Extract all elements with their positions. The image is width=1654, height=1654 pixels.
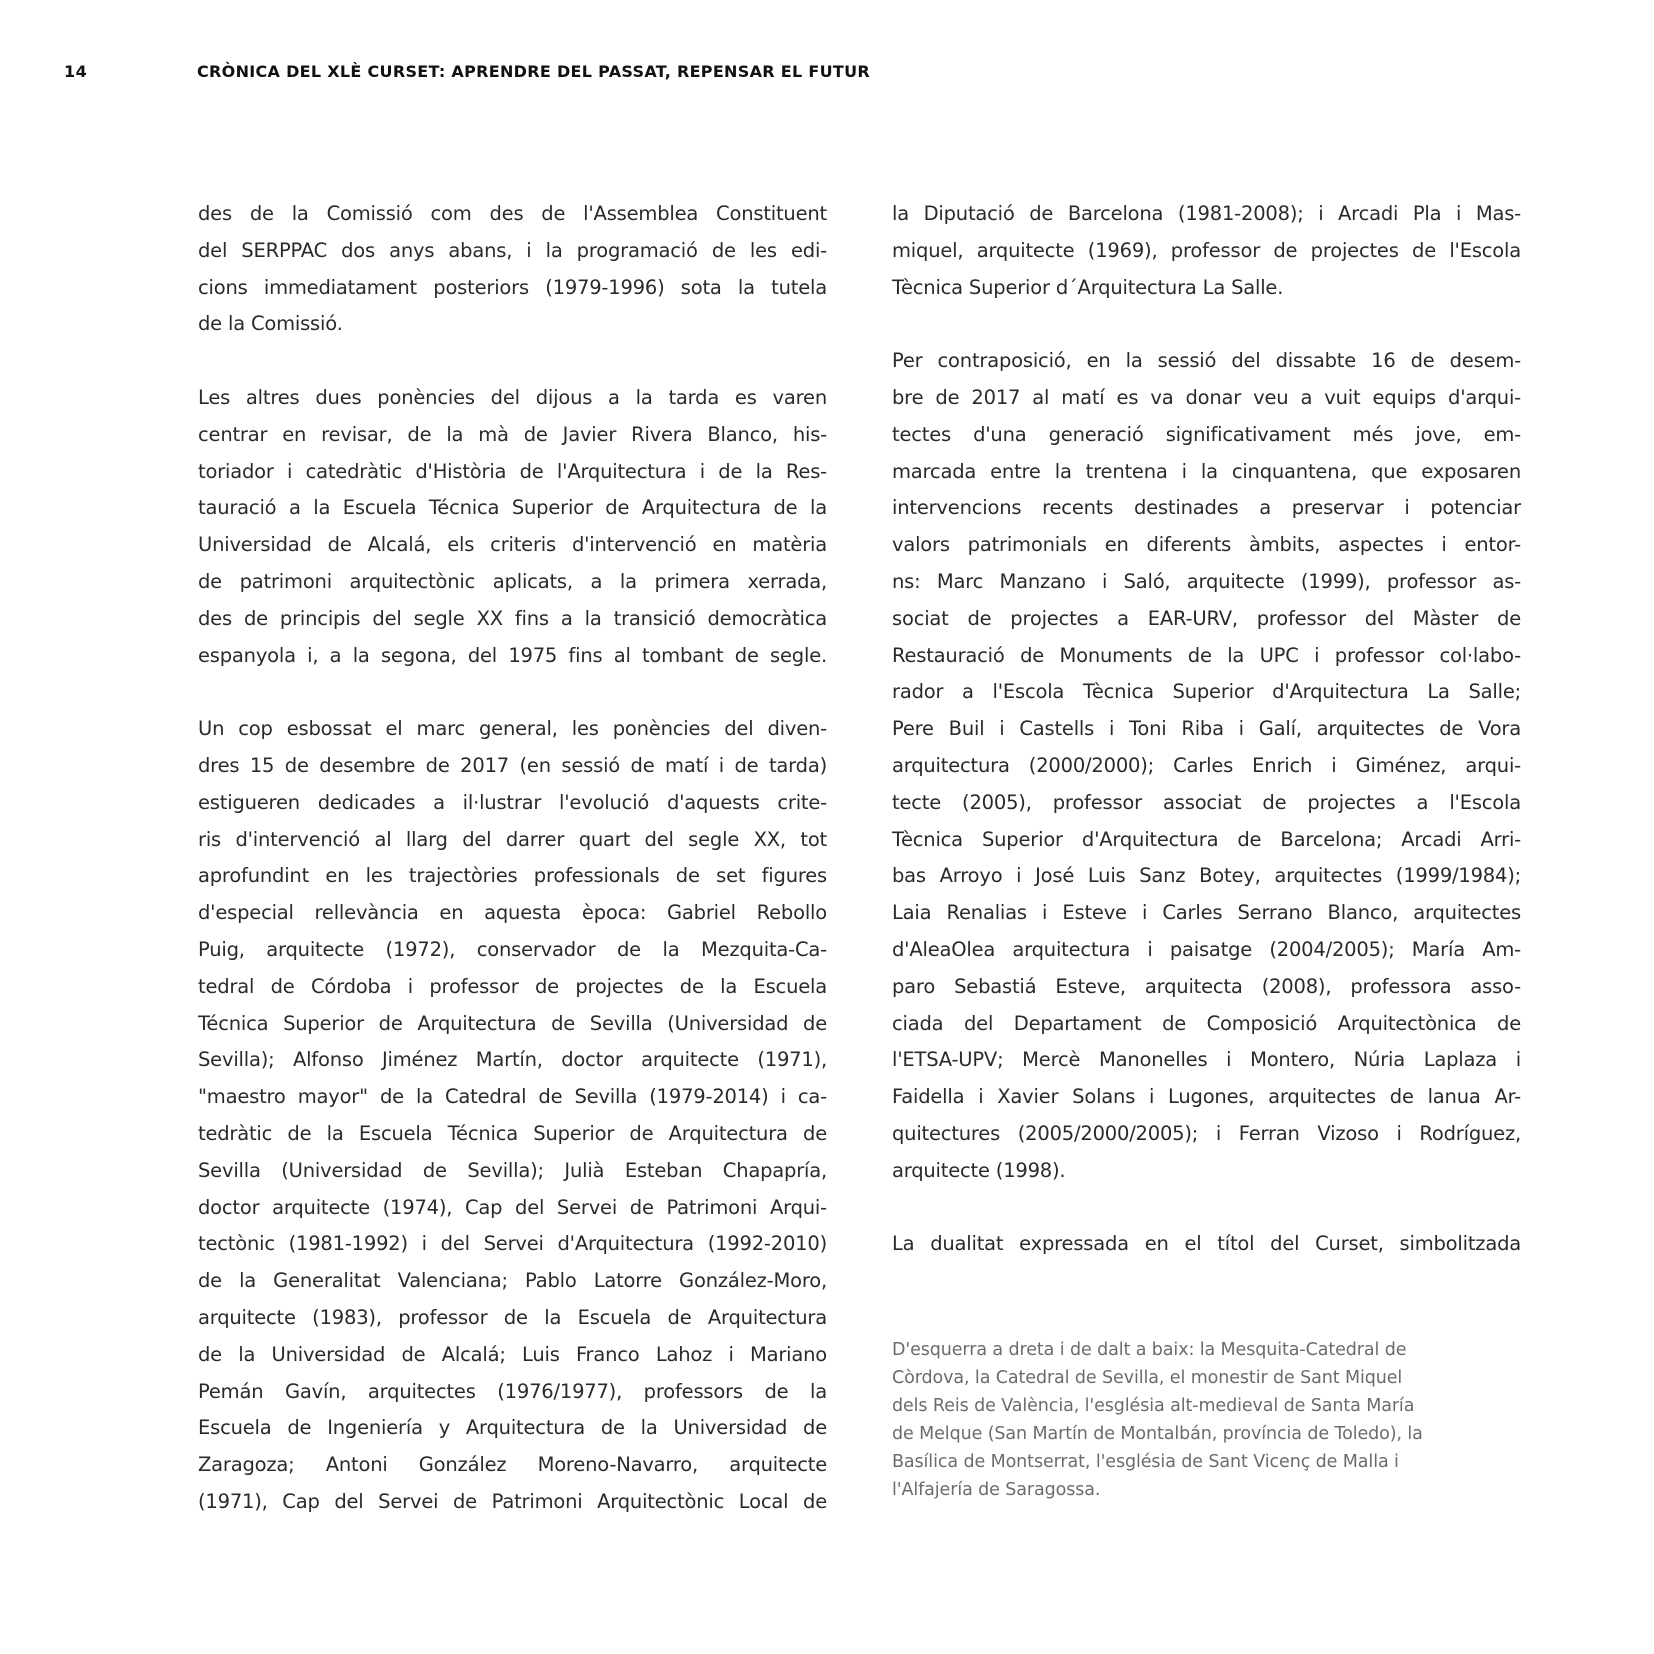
text-line: Sevilla); Alfonso Jiménez Martín, doctor… [198,1042,827,1079]
caption-line: de Melque (San Martín de Montalbán, prov… [892,1420,1532,1448]
text-line: de la Comissió. [198,306,827,343]
paragraph-gap [198,674,827,711]
text-line: Puig, arquitecte (1972), conservador de … [198,932,827,969]
caption-line: Basílica de Montserrat, l'església de Sa… [892,1448,1532,1476]
text-line: bre de 2017 al matí es va donar veu a vu… [892,380,1521,417]
text-line: dres 15 de desembre de 2017 (en sessió d… [198,748,827,785]
text-line: ciada del Departament de Composició Arqu… [892,1006,1521,1043]
text-line: Restauració de Monuments de la UPC i pro… [892,638,1521,675]
caption-line: dels Reis de València, l'església alt-me… [892,1392,1532,1420]
text-line: Universidad de Alcalá, els criteris d'in… [198,527,827,564]
text-line: (1971), Cap del Servei de Patrimoni Arqu… [198,1484,827,1521]
text-line: arquitectura (2000/2000); Carles Enrich … [892,748,1521,785]
text-line: arquitecte (1983), professor de la Escue… [198,1300,827,1337]
caption-line: Còrdova, la Catedral de Sevilla, el mone… [892,1364,1532,1392]
text-line: paro Sebastiá Esteve, arquitecta (2008),… [892,969,1521,1006]
page-number: 14 [64,62,87,81]
left-column: des de la Comissió com des de l'Assemble… [198,196,827,1521]
text-line: La dualitat expressada en el títol del C… [892,1226,1521,1263]
text-line: Un cop esbossat el marc general, les pon… [198,711,827,748]
text-line: valors patrimonials en diferents àmbits,… [892,527,1521,564]
text-line: la Diputació de Barcelona (1981-2008); i… [892,196,1521,233]
paragraph-gap [892,1190,1521,1227]
text-line: Zaragoza; Antoni González Moreno-Navarro… [198,1447,827,1484]
text-line: Tècnica Superior d´Arquitectura La Salle… [892,270,1521,307]
text-line: quitectures (2005/2000/2005); i Ferran V… [892,1116,1521,1153]
text-line: Pemán Gavín, arquitectes (1976/1977), pr… [198,1374,827,1411]
text-line: cions immediatament posteriors (1979-199… [198,270,827,307]
text-line: des de la Comissió com des de l'Assemble… [198,196,827,233]
text-line: ns: Marc Manzano i Saló, arquitecte (199… [892,564,1521,601]
text-line: intervencions recents destinades a prese… [892,490,1521,527]
text-line: de la Generalitat Valenciana; Pablo Lato… [198,1263,827,1300]
text-line: tecte (2005), professor associat de proj… [892,785,1521,822]
text-line: espanyola i, a la segona, del 1975 fins … [198,638,827,675]
text-line: bas Arroyo i José Luis Sanz Botey, arqui… [892,858,1521,895]
text-line: estigueren dedicades a il·lustrar l'evol… [198,785,827,822]
text-line: Les altres dues ponències del dijous a l… [198,380,827,417]
right-column: la Diputació de Barcelona (1981-2008); i… [892,196,1521,1263]
text-line: tauració a la Escuela Técnica Superior d… [198,490,827,527]
text-line: Sevilla (Universidad de Sevilla); Julià … [198,1153,827,1190]
paragraph: Un cop esbossat el marc general, les pon… [198,711,827,1521]
text-line: d'AleaOlea arquitectura i paisatge (2004… [892,932,1521,969]
paragraph: Les altres dues ponències del dijous a l… [198,380,827,674]
paragraph-gap [892,306,1521,343]
text-line: tectes d'una generació significativament… [892,417,1521,454]
text-line: tedràtic de la Escuela Técnica Superior … [198,1116,827,1153]
text-line: "maestro mayor" de la Catedral de Sevill… [198,1079,827,1116]
text-line: d'especial rellevància en aquesta època:… [198,895,827,932]
running-title: CRÒNICA DEL XLÈ CURSET: APRENDRE DEL PAS… [197,62,870,81]
paragraph-gap [198,343,827,380]
text-line: Técnica Superior de Arquitectura de Sevi… [198,1006,827,1043]
text-line: Pere Buil i Castells i Toni Riba i Galí,… [892,711,1521,748]
figure-caption: D'esquerra a dreta i de dalt a baix: la … [892,1336,1532,1504]
text-line: de la Universidad de Alcalá; Luis Franco… [198,1337,827,1374]
text-line: del SERPPAC dos anys abans, i la program… [198,233,827,270]
caption-line: D'esquerra a dreta i de dalt a baix: la … [892,1336,1532,1364]
text-line: Laia Renalias i Esteve i Carles Serrano … [892,895,1521,932]
text-line: Faidella i Xavier Solans i Lugones, arqu… [892,1079,1521,1116]
text-line: tedral de Córdoba i professor de project… [198,969,827,1006]
text-line: tectònic (1981-1992) i del Servei d'Arqu… [198,1226,827,1263]
text-line: sociat de projectes a EAR-URV, professor… [892,601,1521,638]
paragraph: des de la Comissió com des de l'Assemble… [198,196,827,343]
text-line: centrar en revisar, de la mà de Javier R… [198,417,827,454]
text-line: doctor arquitecte (1974), Cap del Servei… [198,1190,827,1227]
text-line: rador a l'Escola Tècnica Superior d'Arqu… [892,674,1521,711]
paragraph: Per contraposició, en la sessió del diss… [892,343,1521,1189]
paragraph: la Diputació de Barcelona (1981-2008); i… [892,196,1521,306]
text-line: l'ETSA-UPV; Mercè Manonelles i Montero, … [892,1042,1521,1079]
text-line: marcada entre la trentena i la cinquante… [892,454,1521,491]
text-line: des de principis del segle XX fins a la … [198,601,827,638]
text-line: Escuela de Ingeniería y Arquitectura de … [198,1410,827,1447]
text-line: de patrimoni arquitectònic aplicats, a l… [198,564,827,601]
text-line: Tècnica Superior d'Arquitectura de Barce… [892,822,1521,859]
text-line: arquitecte (1998). [892,1153,1521,1190]
text-line: Per contraposició, en la sessió del diss… [892,343,1521,380]
text-line: miquel, arquitecte (1969), professor de … [892,233,1521,270]
caption-line: l'Alfajería de Saragossa. [892,1476,1532,1504]
paragraph: La dualitat expressada en el títol del C… [892,1226,1521,1263]
text-line: ris d'intervenció al llarg del darrer qu… [198,822,827,859]
text-line: toriador i catedràtic d'Història de l'Ar… [198,454,827,491]
text-line: aprofundint en les trajectòries professi… [198,858,827,895]
